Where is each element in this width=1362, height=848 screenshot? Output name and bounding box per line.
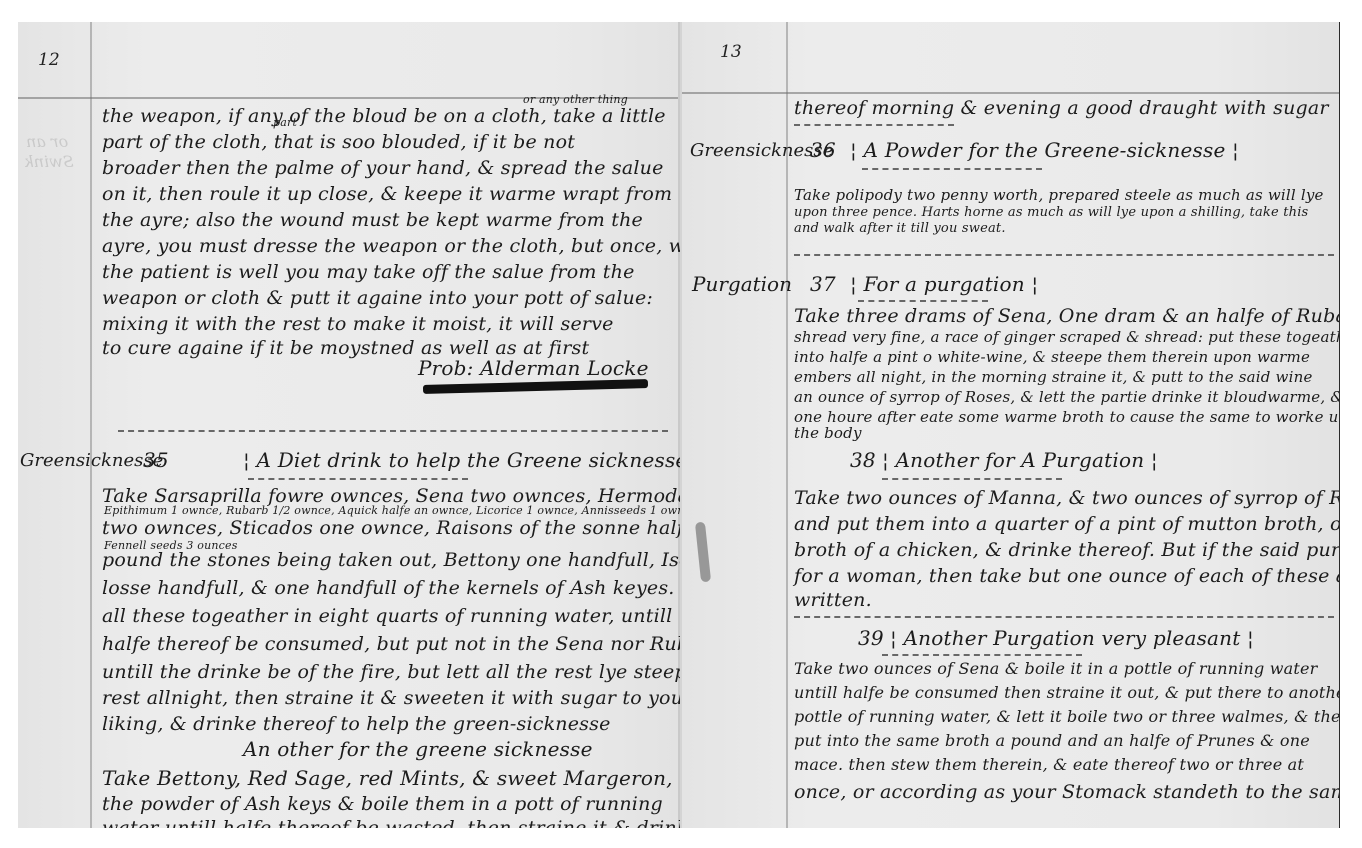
text-line: the patient is well you may take off the… xyxy=(102,260,635,284)
title-underline-dashes xyxy=(248,478,468,480)
ink-smudge xyxy=(695,522,711,583)
text-line: the body xyxy=(794,426,862,440)
text-line: pound the stones being taken out, Betton… xyxy=(102,548,721,572)
text-line: shread very fine, a race of ginger scrap… xyxy=(794,330,1340,344)
recipe-title-38: ¦ Another for A Purgation ¦ xyxy=(882,448,1158,472)
recipe-title-39-text: Another Purgation very pleasant xyxy=(904,626,1241,650)
recipe-number-36: 36 xyxy=(810,138,836,162)
text-line: Take two ounces of Sena & boile it in a … xyxy=(794,662,1318,676)
recipe-title-36: ¦ A Powder for the Greene-sicknesse ¦ xyxy=(850,138,1239,162)
strike-through-mark xyxy=(423,379,648,394)
margin-label-purgation: Purgation xyxy=(692,272,792,296)
text-line: the weapon, if any of the bloud be on a … xyxy=(102,104,666,128)
margin-label-greensickness: Greensicknesse xyxy=(20,450,163,471)
title-underline-dashes xyxy=(882,478,1062,480)
text-line: one houre after eate some warme broth to… xyxy=(794,410,1340,424)
title-underline-dashes xyxy=(882,654,1082,656)
text-line: an ounce of syrrop of Roses, & lett the … xyxy=(794,390,1340,404)
left-page: 12 or an Swink or any other thing part t… xyxy=(18,22,680,828)
recipe-title-38-text: Another for A Purgation xyxy=(896,448,1145,472)
manuscript-scan: 12 or an Swink or any other thing part t… xyxy=(18,22,1340,828)
header-rule-right xyxy=(682,92,1340,94)
recipe-number-38: 38 xyxy=(850,448,876,472)
text-line: upon three pence. Harts horne as much as… xyxy=(794,206,1308,220)
recipe-number-37: 37 xyxy=(810,272,836,296)
text-line: the ayre; also the wound must be kept wa… xyxy=(102,208,643,232)
text-line: untill halfe be consumed then straine it… xyxy=(794,686,1340,700)
recipe-title-37: ¦ For a purgation ¦ xyxy=(850,272,1038,296)
separator-dashes xyxy=(794,124,954,126)
bleed-through-text: Swink xyxy=(24,152,74,171)
text-line: put into the same broth a pound and an h… xyxy=(794,734,1310,748)
text-line: two ownces, Sticados one ownce, Raisons … xyxy=(102,516,713,540)
text-line: thereof morning & evening a good draught… xyxy=(794,96,1329,120)
text-line: the powder of Ash keys & boile them in a… xyxy=(102,792,663,816)
text-line: and walk after it till you sweat. xyxy=(794,222,1006,236)
recipe-number-35: 35 xyxy=(143,448,169,472)
folio-number-right: 13 xyxy=(720,42,742,62)
recipe-number-39: 39 xyxy=(858,626,884,650)
folio-number-left: 12 xyxy=(38,50,60,70)
text-line: all these togeather in eight quarts of r… xyxy=(102,604,672,628)
text-line: mixing it with the rest to make it moist… xyxy=(102,312,614,336)
text-line: Take Bettony, Red Sage, red Mints, & swe… xyxy=(102,766,725,790)
title-underline-dashes xyxy=(862,168,1042,170)
attribution: Prob: Alderman Locke xyxy=(418,356,649,380)
recipe-title-36-text: A Powder for the Greene-sicknesse xyxy=(864,138,1226,162)
text-line: written. xyxy=(794,588,872,612)
text-line: part of the cloth, that is soo blouded, … xyxy=(102,130,575,154)
text-line: Take three drams of Sena, One dram & an … xyxy=(794,304,1340,328)
margin-rule-left xyxy=(90,22,92,828)
text-line: halfe thereof be consumed, but put not i… xyxy=(102,632,722,656)
text-line: weapon or cloth & putt it againe into yo… xyxy=(102,286,653,310)
text-line: liking, & drinke thereof to help the gre… xyxy=(102,712,611,736)
title-underline-dashes xyxy=(858,300,988,302)
recipe-title-35: ¦ A Diet drink to help the Greene sickne… xyxy=(243,448,687,472)
text-line: mace. then stew them therein, & eate the… xyxy=(794,758,1304,772)
text-line: on it, then roule it up close, & keepe i… xyxy=(102,182,672,206)
text-line: once, or according as your Stomack stand… xyxy=(794,780,1340,804)
right-page: 13 thereof morning & evening a good drau… xyxy=(680,22,1340,828)
text-line: ayre, you must dresse the weapon or the … xyxy=(102,234,721,258)
bleed-through-text: or an xyxy=(26,132,68,151)
text-line: Take two ounces of Manna, & two ounces o… xyxy=(794,486,1340,510)
text-line: Take polipody two penny worth, prepared … xyxy=(794,188,1324,202)
recipe-title-another: An other for the greene sicknesse xyxy=(243,737,593,761)
recipe-title-39: ¦ Another Purgation very pleasant ¦ xyxy=(890,626,1254,650)
text-line: rest allnight, then straine it & sweeten… xyxy=(102,686,751,710)
text-line: for a woman, then take but one ounce of … xyxy=(794,564,1340,588)
text-line: losse handfull, & one handfull of the ke… xyxy=(102,576,731,600)
text-line: embers all night, in the morning straine… xyxy=(794,370,1313,384)
recipe-title-35-text: A Diet drink to help the Greene sickness… xyxy=(257,448,688,472)
separator-dashes xyxy=(118,430,668,432)
text-line: untill the drinke be of the fire, but le… xyxy=(102,660,774,684)
text-line: and put them into a quarter of a pint of… xyxy=(794,512,1340,536)
recipe-title-37-text: For a purgation xyxy=(864,272,1025,296)
separator-dashes xyxy=(794,254,1334,256)
separator-dashes xyxy=(794,616,1334,618)
text-line: into halfe a pint o white-wine, & steepe… xyxy=(794,350,1310,364)
text-line: broader then the palme of your hand, & s… xyxy=(102,156,664,180)
text-line: broth of a chicken, & drinke thereof. Bu… xyxy=(794,538,1340,562)
text-line: water untill halfe thereof be wasted, th… xyxy=(102,816,689,828)
text-line: pottle of running water, & lett it boile… xyxy=(794,710,1340,724)
